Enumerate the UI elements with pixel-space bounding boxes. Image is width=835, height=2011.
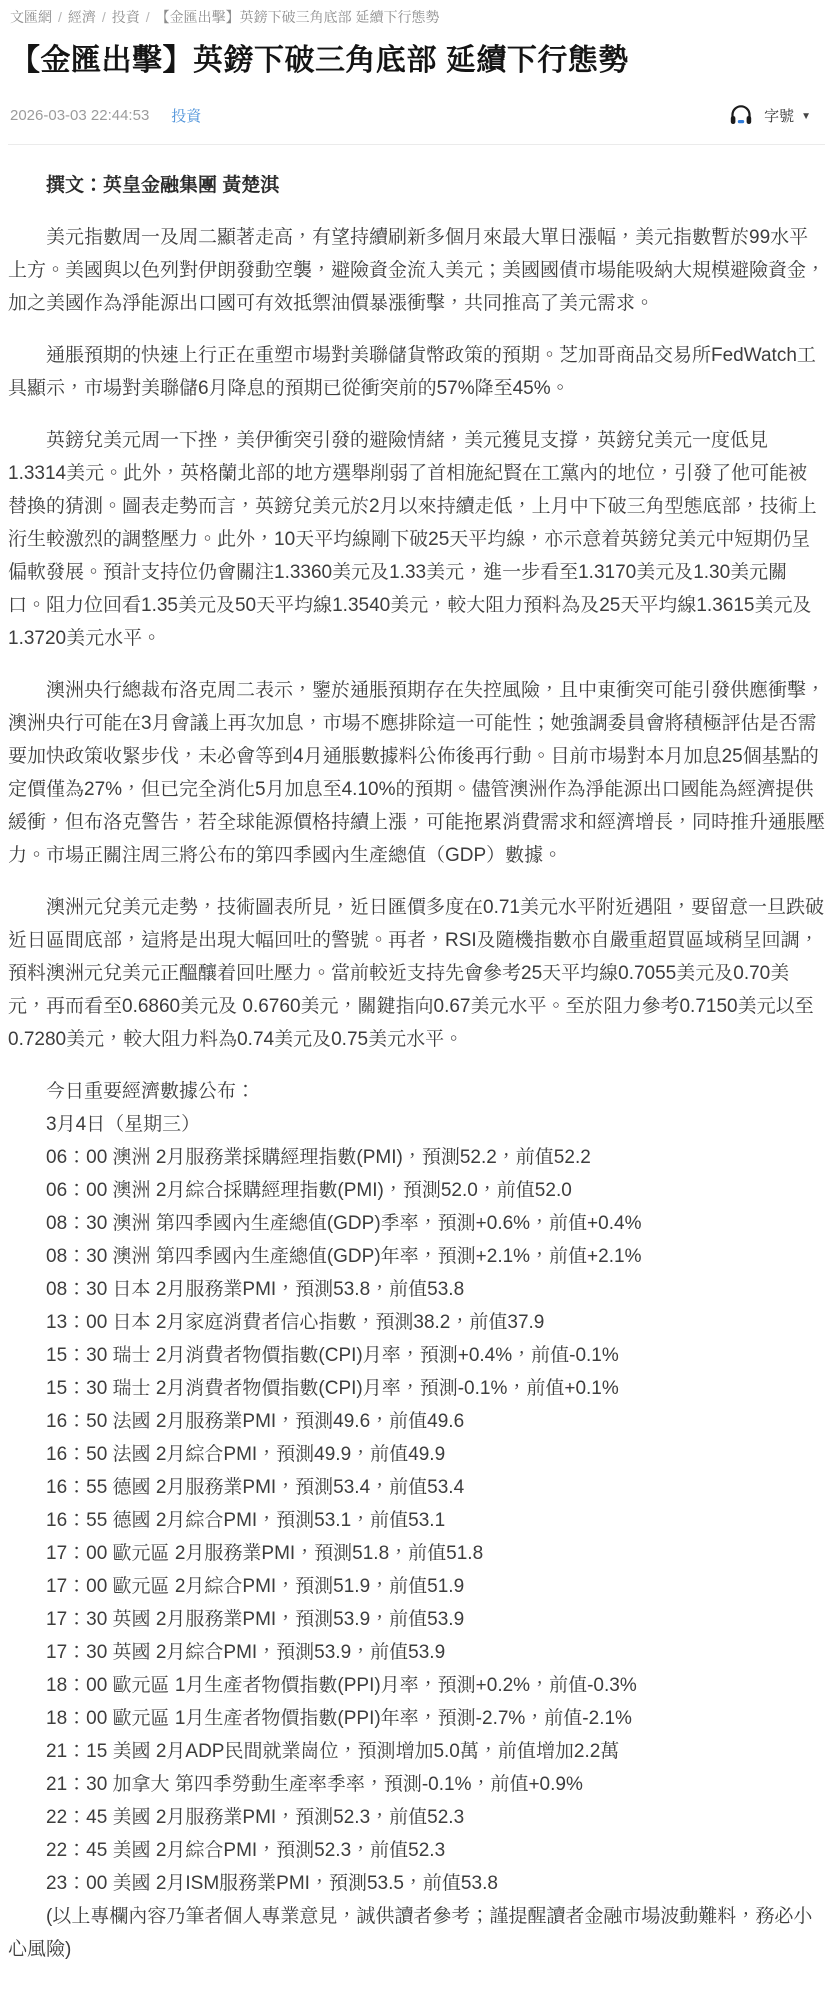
breadcrumb-link-economy[interactable]: 經濟 <box>68 9 96 25</box>
calendar-item: 06：00 澳洲 2月服務業採購經理指數(PMI)，預測52.2，前值52.2 <box>8 1141 825 1174</box>
calendar-item: 16：55 德國 2月服務業PMI，預測53.4，前值53.4 <box>8 1471 825 1504</box>
header-divider <box>8 144 825 145</box>
article-page: 文匯網/經濟/投資/【金匯出擊】英鎊下破三角底部 延續下行態勢 【金匯出擊】英鎊… <box>0 0 835 2011</box>
calendar-item: 16：50 法國 2月服務業PMI，預測49.6，前值49.6 <box>8 1405 825 1438</box>
publish-timestamp: 2026-03-03 22:44:53 <box>10 107 149 124</box>
breadcrumb-separator: / <box>58 9 62 25</box>
article-paragraph: 英鎊兌美元周一下挫，美伊衝突引發的避險情緒，美元獲見支撐，英鎊兌美元一度低見1.… <box>8 424 825 655</box>
article-meta-row: 2026-03-03 22:44:53 投資 字號 ▼ <box>8 102 825 128</box>
meta-tools: 字號 ▼ <box>728 102 825 128</box>
calendar-item: 17：30 英國 2月服務業PMI，預測53.9，前值53.9 <box>8 1603 825 1636</box>
category-tag-invest[interactable]: 投資 <box>171 105 201 126</box>
calendar-item: 08：30 澳洲 第四季國內生產總值(GDP)年率，預測+2.1%，前值+2.1… <box>8 1240 825 1273</box>
breadcrumb-separator: / <box>102 9 106 25</box>
calendar-item: 16：50 法國 2月綜合PMI，預測49.9，前值49.9 <box>8 1438 825 1471</box>
calendar-items: 06：00 澳洲 2月服務業採購經理指數(PMI)，預測52.2，前值52.20… <box>8 1141 825 1900</box>
calendar-item: 15：30 瑞士 2月消費者物價指數(CPI)月率，預測-0.1%，前值+0.1… <box>8 1372 825 1405</box>
article-paragraph: 澳洲元兌美元走勢，技術圖表所見，近日匯價多度在0.71美元水平附近遇阻，要留意一… <box>8 891 825 1056</box>
calendar-item: 18：00 歐元區 1月生產者物價指數(PPI)月率，預測+0.2%，前值-0.… <box>8 1669 825 1702</box>
headphone-icon <box>728 102 754 128</box>
chevron-down-icon: ▼ <box>801 111 811 122</box>
calendar-item: 21：30 加拿大 第四季勞動生產率季率，預測-0.1%，前值+0.9% <box>8 1768 825 1801</box>
meta-left: 2026-03-03 22:44:53 投資 <box>10 105 201 126</box>
font-size-control[interactable]: 字號 ▼ <box>764 105 811 126</box>
article-body: 撰文：英皇金融集團 黃楚淇 美元指數周一及周二顯著走高，有望持續刷新多個月來最大… <box>8 169 825 1966</box>
breadcrumb-separator: / <box>146 9 150 25</box>
economic-calendar: 今日重要經濟數據公布： 3月4日（星期三） 06：00 澳洲 2月服務業採購經理… <box>8 1075 825 1900</box>
article-paragraph: 澳洲央行總裁布洛克周二表示，鑒於通脹預期存在失控風險，且中東衝突可能引發供應衝擊… <box>8 674 825 872</box>
calendar-item: 08：30 日本 2月服務業PMI，預測53.8，前值53.8 <box>8 1273 825 1306</box>
article-paragraph: 通脹預期的快速上行正在重塑市場對美聯儲貨幣政策的預期。芝加哥商品交易所FedWa… <box>8 339 825 405</box>
calendar-item: 17：30 英國 2月綜合PMI，預測53.9，前值53.9 <box>8 1636 825 1669</box>
disclaimer: (以上專欄內容乃筆者個人專業意見，誠供讀者參考；謹提醒讀者金融市場波動難料，務必… <box>8 1900 825 1966</box>
font-size-label: 字號 <box>764 105 794 126</box>
breadcrumb-current: 【金匯出擊】英鎊下破三角底部 延續下行態勢 <box>156 9 440 25</box>
calendar-item: 17：00 歐元區 2月服務業PMI，預測51.8，前值51.8 <box>8 1537 825 1570</box>
page-title: 【金匯出擊】英鎊下破三角底部 延續下行態勢 <box>10 42 825 80</box>
calendar-item: 18：00 歐元區 1月生產者物價指數(PPI)年率，預測-2.7%，前值-2.… <box>8 1702 825 1735</box>
calendar-item: 23：00 美國 2月ISM服務業PMI，預測53.5，前值53.8 <box>8 1867 825 1900</box>
calendar-item: 16：55 德國 2月綜合PMI，預測53.1，前值53.1 <box>8 1504 825 1537</box>
calendar-item: 08：30 澳洲 第四季國內生產總值(GDP)季率，預測+0.6%，前值+0.4… <box>8 1207 825 1240</box>
article-paragraph: 美元指數周一及周二顯著走高，有望持續刷新多個月來最大單日漲幅，美元指數暫於99水… <box>8 221 825 320</box>
breadcrumb: 文匯網/經濟/投資/【金匯出擊】英鎊下破三角底部 延續下行態勢 <box>8 8 825 26</box>
byline: 撰文：英皇金融集團 黃楚淇 <box>8 169 825 202</box>
calendar-item: 22：45 美國 2月綜合PMI，預測52.3，前值52.3 <box>8 1834 825 1867</box>
listen-audio-button[interactable] <box>728 102 754 128</box>
calendar-item: 06：00 澳洲 2月綜合採購經理指數(PMI)，預測52.0，前值52.0 <box>8 1174 825 1207</box>
calendar-item: 17：00 歐元區 2月綜合PMI，預測51.9，前值51.9 <box>8 1570 825 1603</box>
breadcrumb-link-invest[interactable]: 投資 <box>112 9 140 25</box>
breadcrumb-link-home[interactable]: 文匯網 <box>10 9 52 25</box>
calendar-date-line: 3月4日（星期三） <box>8 1108 825 1141</box>
calendar-item: 13：00 日本 2月家庭消費者信心指數，預測38.2，前值37.9 <box>8 1306 825 1339</box>
calendar-item: 15：30 瑞士 2月消費者物價指數(CPI)月率，預測+0.4%，前值-0.1… <box>8 1339 825 1372</box>
calendar-item: 21：15 美國 2月ADP民間就業崗位，預測增加5.0萬，前值增加2.2萬 <box>8 1735 825 1768</box>
calendar-item: 22：45 美國 2月服務業PMI，預測52.3，前值52.3 <box>8 1801 825 1834</box>
calendar-intro: 今日重要經濟數據公布： <box>8 1075 825 1108</box>
